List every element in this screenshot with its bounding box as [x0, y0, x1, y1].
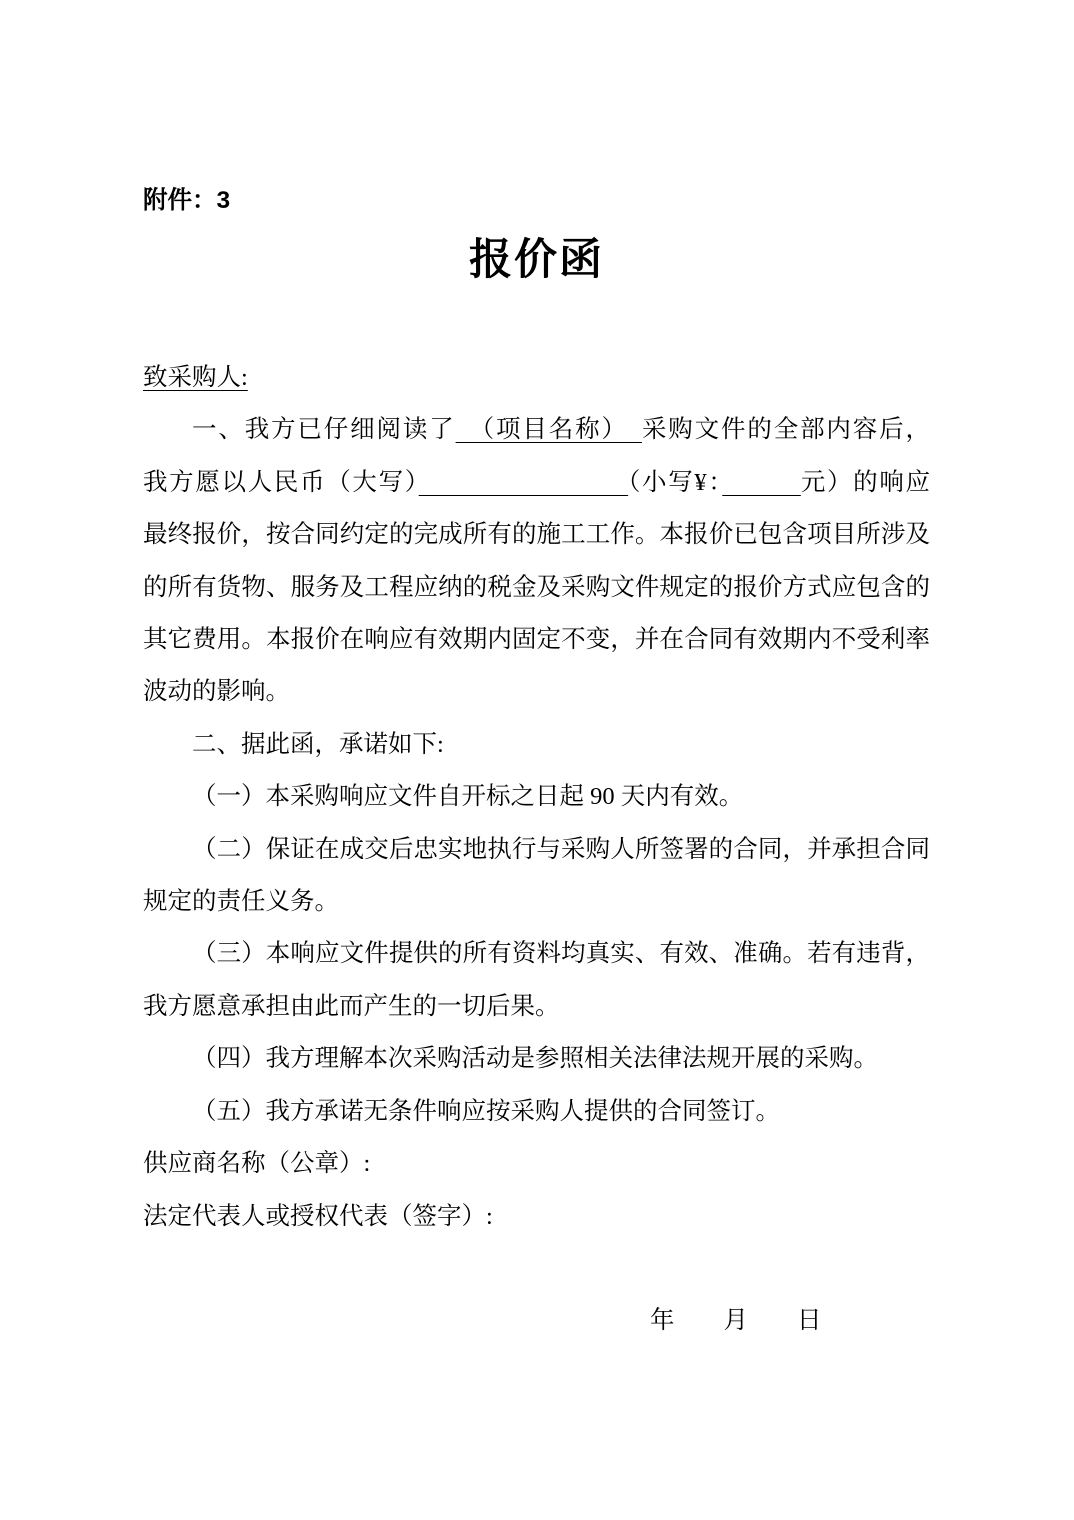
- list-item-3-line-2: 我方愿意承担由此而产生的一切后果。: [143, 981, 930, 1033]
- body-text: 我方愿以人民币（大写）: [143, 469, 419, 496]
- paragraph-1-line-2: 我方愿以人民币（大写） （小写¥： 元）的响应: [143, 457, 930, 509]
- list-item-2-line-1: （二）保证在成交后忠实地执行与采购人所签署的合同，并承担合同: [143, 824, 930, 876]
- list-item-4: （四）我方理解本次采购活动是参照相关法律法规开展的采购。: [143, 1033, 930, 1085]
- date-line: 年 月 日: [650, 1295, 930, 1347]
- paragraph-1-line-3: 最终报价，按合同约定的完成所有的施工工作。本报价已包含项目所涉及: [143, 509, 930, 561]
- paragraph-1-line-4: 的所有货物、服务及工程应纳的税金及采购文件规定的报价方式应包含的: [143, 562, 930, 614]
- list-item-3-line-1: （三）本响应文件提供的所有资料均真实、有效、准确。若有违背，: [143, 928, 930, 980]
- attachment-label: 附件：3: [143, 186, 930, 216]
- body-text: 元）的响应: [801, 469, 930, 496]
- salutation-line: 致采购人:: [143, 352, 930, 404]
- representative-signature-label: 法定代表人或授权代表（签字）:: [143, 1191, 930, 1243]
- document-page: 附件：3 报价函 致采购人: 一、我方已仔细阅读了 （项目名称） 采购文件的全部…: [0, 0, 1074, 1520]
- list-item-2-line-2: 规定的责任义务。: [143, 876, 930, 928]
- blank-field-amount-in-words: [419, 469, 628, 496]
- document-body: 致采购人: 一、我方已仔细阅读了 （项目名称） 采购文件的全部内容后， 我方愿以…: [143, 352, 930, 1348]
- document-title: 报价函: [143, 232, 930, 290]
- body-text: 一、我方已仔细阅读了: [192, 416, 456, 443]
- body-text: 采购文件的全部内容后，: [642, 416, 930, 443]
- blank-field-amount-in-figures: [722, 469, 801, 496]
- supplier-seal-label: 供应商名称（公章）:: [143, 1138, 930, 1190]
- list-item-5: （五）我方承诺无条件响应按采购人提供的合同签订。: [143, 1086, 930, 1138]
- paragraph-1-line-5: 其它费用。本报价在响应有效期内固定不变，并在合同有效期内不受利率: [143, 614, 930, 666]
- body-text: （小写¥：: [628, 469, 722, 496]
- blank-field-project-name: （项目名称）: [456, 416, 642, 443]
- paragraph-1-line-1: 一、我方已仔细阅读了 （项目名称） 采购文件的全部内容后，: [143, 404, 930, 456]
- paragraph-1-line-6: 波动的影响。: [143, 666, 930, 718]
- salutation: 致采购人:: [143, 364, 248, 391]
- list-item-1: （一）本采购响应文件自开标之日起 90 天内有效。: [143, 771, 930, 823]
- paragraph-2: 二、据此函，承诺如下:: [143, 719, 930, 771]
